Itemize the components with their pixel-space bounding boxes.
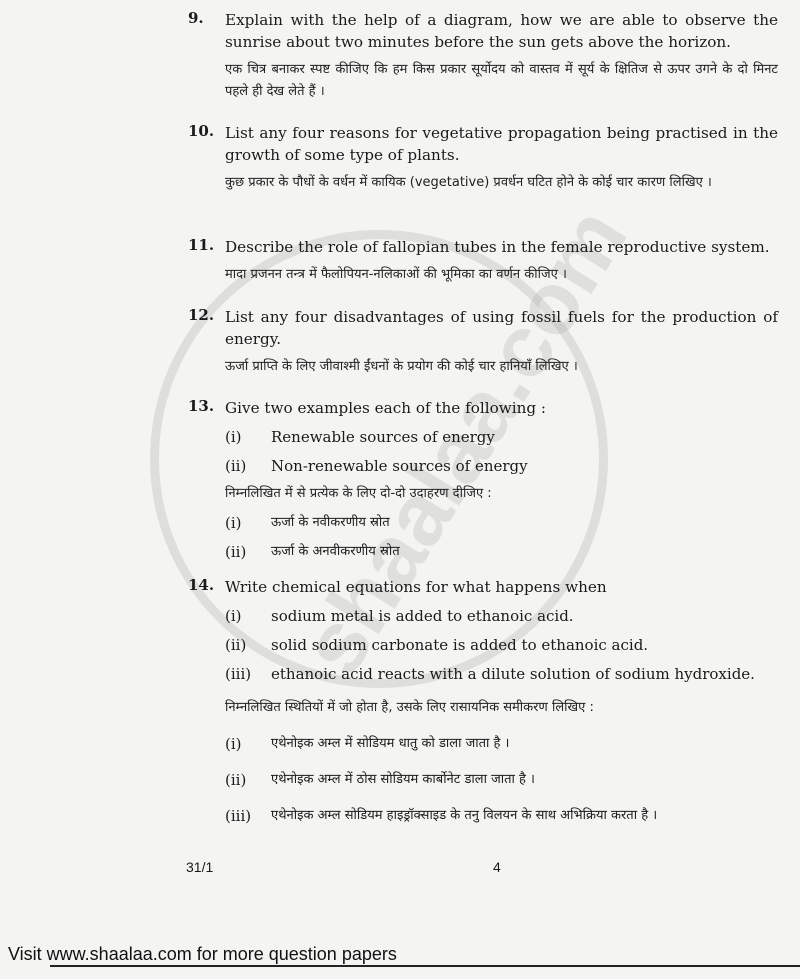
sub-part: (iii) ethanoic acid reacts with a dilute… xyxy=(225,663,778,685)
sub-part-text: Non-renewable sources of energy xyxy=(271,455,528,477)
sub-part-label: (i) xyxy=(225,512,271,534)
question-text-hindi: मादा प्रजनन तन्त्र में फैलोपियन-नलिकाओं … xyxy=(225,264,778,286)
question-text-hindi: एक चित्र बनाकर स्पष्ट कीजिए कि हम किस प्… xyxy=(225,59,778,103)
sub-part-label: (iii) xyxy=(225,805,271,827)
sub-part-label: (ii) xyxy=(225,634,271,656)
sub-part-text: एथेनोइक अम्ल में सोडियम धातु को डाला जात… xyxy=(271,733,509,755)
question-number: 10. xyxy=(188,122,214,140)
question-text-hindi: निम्नलिखित स्थितियों में जो होता है, उसक… xyxy=(225,697,778,719)
sub-part-text: sodium metal is added to ethanoic acid. xyxy=(271,605,574,627)
sub-part-hindi: (i) ऊर्जा के नवीकरणीय स्रोत xyxy=(225,512,778,534)
sub-part: (ii) Non-renewable sources of energy xyxy=(225,455,778,477)
question-13: 13. Give two examples each of the follow… xyxy=(188,397,778,563)
sub-part-hindi: (i) एथेनोइक अम्ल में सोडियम धातु को डाला… xyxy=(225,733,778,755)
sub-part-text: solid sodium carbonate is added to ethan… xyxy=(271,634,648,656)
question-text-hindi: निम्नलिखित में से प्रत्येक के लिए दो-दो … xyxy=(225,483,778,505)
paper-code: 31/1 xyxy=(186,859,213,875)
question-9: 9. Explain with the help of a diagram, h… xyxy=(188,9,778,103)
sub-part: (i) sodium metal is added to ethanoic ac… xyxy=(225,605,778,627)
sub-part-hindi: (ii) एथेनोइक अम्ल में ठोस सोडियम कार्बोन… xyxy=(225,769,778,791)
question-number: 9. xyxy=(188,9,204,27)
sub-part-text: Renewable sources of energy xyxy=(271,426,495,448)
sub-part-hindi: (iii) एथेनोइक अम्ल सोडियम हाइड्रॉक्साइड … xyxy=(225,805,778,827)
sub-part-text: एथेनोइक अम्ल सोडियम हाइड्रॉक्साइड के तनु… xyxy=(271,805,657,827)
sub-part-label: (iii) xyxy=(225,663,271,685)
sub-part-text: ऊर्जा के नवीकरणीय स्रोत xyxy=(271,512,390,534)
sub-part: (ii) solid sodium carbonate is added to … xyxy=(225,634,778,656)
sub-part-text: ऊर्जा के अनवीकरणीय स्रोत xyxy=(271,541,400,563)
sub-part-label: (i) xyxy=(225,733,271,755)
sub-part-label: (ii) xyxy=(225,541,271,563)
sub-part-label: (i) xyxy=(225,605,271,627)
question-text-hindi: कुछ प्रकार के पौधों के वर्धन में कायिक (… xyxy=(225,172,778,194)
question-number: 11. xyxy=(188,236,214,254)
question-text-english: Give two examples each of the following … xyxy=(225,397,778,419)
question-text-english: List any four disadvantages of using fos… xyxy=(225,306,778,350)
question-text-hindi: ऊर्जा प्राप्ति के लिए जीवाश्मी ईंधनों के… xyxy=(225,356,778,378)
sub-part-label: (ii) xyxy=(225,455,271,477)
question-text-english: Explain with the help of a diagram, how … xyxy=(225,9,778,53)
question-number: 12. xyxy=(188,306,214,324)
sub-part-hindi: (ii) ऊर्जा के अनवीकरणीय स्रोत xyxy=(225,541,778,563)
footer-rule xyxy=(50,965,800,967)
question-number: 13. xyxy=(188,397,214,415)
question-text-english: List any four reasons for vegetative pro… xyxy=(225,122,778,166)
question-10: 10. List any four reasons for vegetative… xyxy=(188,122,778,194)
question-14: 14. Write chemical equations for what ha… xyxy=(188,576,778,827)
sub-part-label: (ii) xyxy=(225,769,271,791)
sub-part-text: ethanoic acid reacts with a dilute solut… xyxy=(271,663,755,685)
page-number: 4 xyxy=(493,859,501,875)
sub-part: (i) Renewable sources of energy xyxy=(225,426,778,448)
question-text-english: Describe the role of fallopian tubes in … xyxy=(225,236,778,258)
question-number: 14. xyxy=(188,576,214,594)
sub-part-text: एथेनोइक अम्ल में ठोस सोडियम कार्बोनेट डा… xyxy=(271,769,535,791)
exam-page: shaalaa.com 9. Explain with the help of … xyxy=(0,0,800,979)
visit-link[interactable]: Visit www.shaalaa.com for more question … xyxy=(8,944,397,965)
question-text-english: Write chemical equations for what happen… xyxy=(225,576,778,598)
question-12: 12. List any four disadvantages of using… xyxy=(188,306,778,378)
sub-part-label: (i) xyxy=(225,426,271,448)
question-11: 11. Describe the role of fallopian tubes… xyxy=(188,236,778,286)
